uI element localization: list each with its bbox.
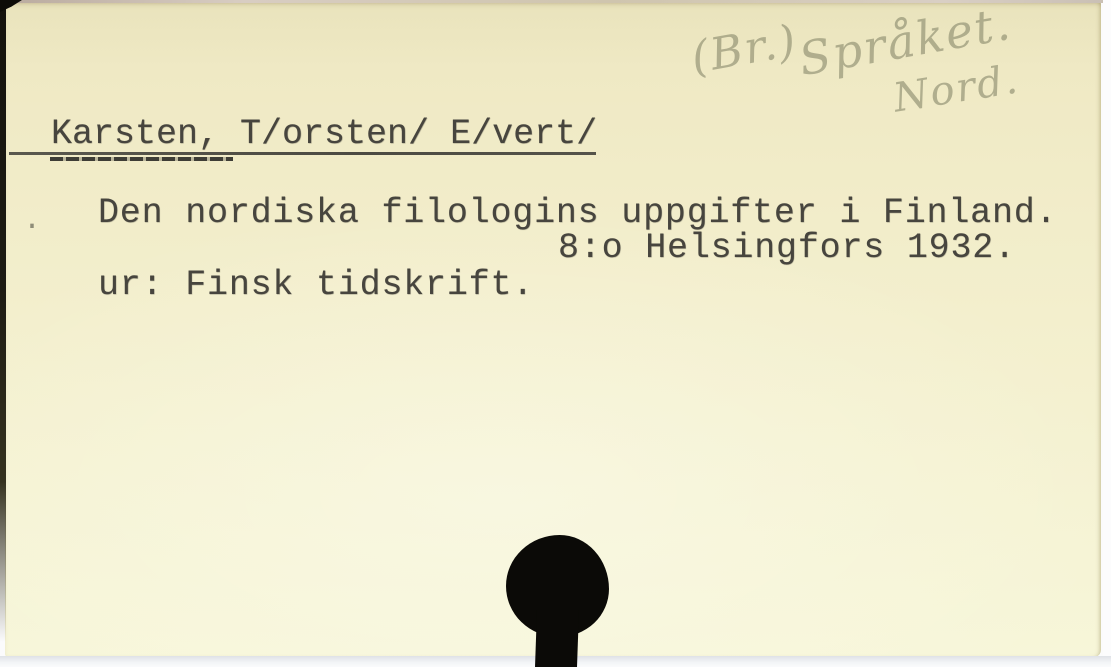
author-heading: Karsten, T/orsten/ E/vert/	[51, 114, 597, 154]
card-left-edge-shadow	[0, 0, 6, 642]
card-top-edge-shadow	[0, 0, 1111, 3]
imprint-line: 8:o Helsingfors 1932.	[558, 228, 1016, 268]
source-line: ur: Finsk tidskrift.	[98, 265, 534, 305]
scan-background-right	[1103, 0, 1111, 667]
punch-hole-slot	[535, 610, 579, 667]
heading-underline	[9, 152, 596, 155]
author-double-underline	[50, 157, 233, 161]
stray-period-mark: .	[23, 204, 41, 238]
pencil-classmark-annotation: (Br.)	[687, 15, 801, 84]
title-line: Den nordiska filologins uppgifter i Finl…	[98, 193, 1057, 233]
